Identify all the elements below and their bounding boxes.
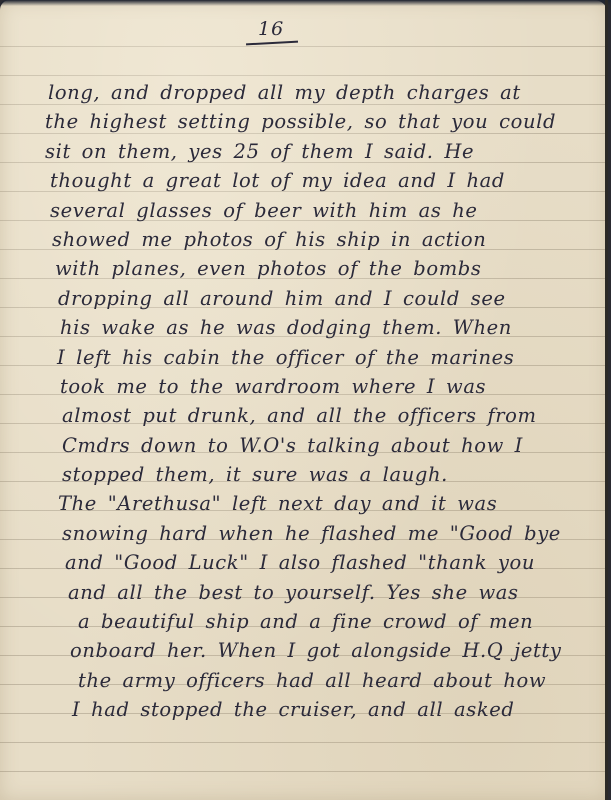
handwritten-line: snowing hard when he flashed me "Good by… (0, 519, 608, 548)
handwritten-text-body: long, and dropped all my depth charges a… (0, 78, 608, 725)
handwritten-line: long, and dropped all my depth charges a… (0, 78, 608, 107)
page-number-underline (246, 41, 298, 45)
page-number: 16 (258, 18, 284, 40)
handwritten-line: I left his cabin the officer of the mari… (0, 343, 608, 372)
handwritten-line: and all the best to yourself. Yes she wa… (0, 578, 608, 607)
handwritten-line: Cmdrs down to W.O's talking about how I (0, 431, 608, 460)
letter-page: 16 long, and dropped all my depth charge… (0, 0, 608, 800)
handwritten-line: The "Arethusa" left next day and it was (0, 489, 608, 518)
handwritten-line: I had stopped the cruiser, and all asked (0, 695, 608, 724)
torn-top-edge (0, 0, 611, 6)
handwritten-line: several glasses of beer with him as he (0, 196, 608, 225)
handwritten-line: the army officers had all heard about ho… (0, 666, 608, 695)
handwritten-line: stopped them, it sure was a laugh. (0, 460, 608, 489)
handwritten-line: onboard her. When I got alongside H.Q je… (0, 636, 608, 665)
handwritten-line: took me to the wardroom where I was (0, 372, 608, 401)
handwritten-line: and "Good Luck" I also flashed "thank yo… (0, 548, 608, 577)
handwritten-line: the highest setting possible, so that yo… (0, 107, 608, 136)
handwritten-line: his wake as he was dodging them. When (0, 313, 608, 342)
handwritten-line: almost put drunk, and all the officers f… (0, 401, 608, 430)
handwritten-line: sit on them, yes 25 of them I said. He (0, 137, 608, 166)
handwritten-line: showed me photos of his ship in action (0, 225, 608, 254)
handwritten-line: with planes, even photos of the bombs (0, 254, 608, 283)
handwritten-line: a beautiful ship and a fine crowd of men (0, 607, 608, 636)
handwritten-line: dropping all around him and I could see (0, 284, 608, 313)
handwritten-line: thought a great lot of my idea and I had (0, 166, 608, 195)
